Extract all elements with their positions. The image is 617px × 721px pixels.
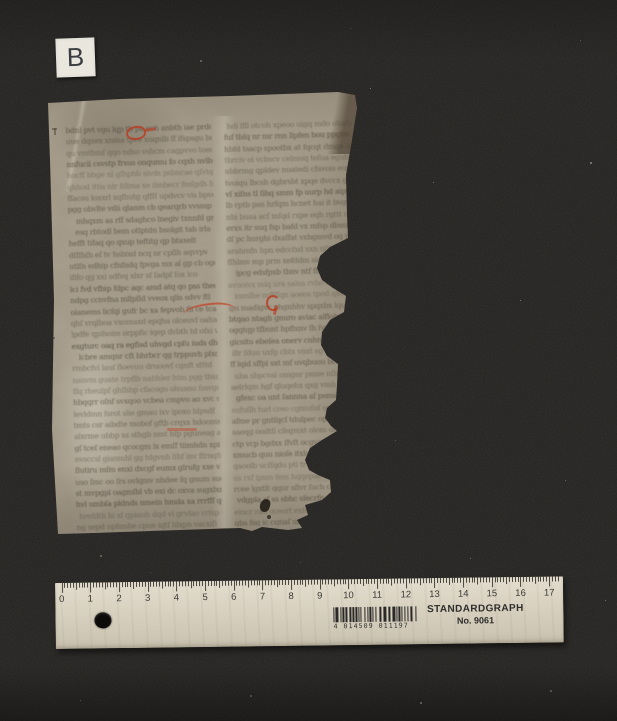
dust-speck <box>420 702 422 704</box>
ruler-brand: STANDARDGRAPH <box>415 603 535 616</box>
dust-speck <box>250 695 252 697</box>
specimen-label-letter: B <box>66 42 84 74</box>
dust-speck <box>200 60 202 62</box>
ruler-hanging-hole <box>94 612 111 628</box>
dust-speck <box>590 162 592 164</box>
barcode-digits: 4 014509 011197 <box>334 621 420 630</box>
ink-dot <box>267 515 271 519</box>
photo-background: B bdnl pvt vgu lqp tb pa eoh anbth iae p… <box>0 0 617 721</box>
dust-speck <box>100 555 102 557</box>
ruler-brand-block: STANDARDGRAPH No. 9061 <box>415 603 535 627</box>
ruler-model: No. 9061 <box>415 615 535 627</box>
ruler-barcode: 4 014509 011197 <box>333 606 419 631</box>
manuscript-leaf: bdnl pvt vgu lqp tb pa eoh anbth iae prd… <box>45 92 360 542</box>
specimen-label: B <box>55 37 95 77</box>
dust-speck <box>395 440 396 441</box>
marginal-mark <box>54 128 56 135</box>
barcode-bars <box>333 606 419 622</box>
rubric-paragraph-mark <box>266 295 280 311</box>
manuscript-text-column-left: bdnl pvt vgu lqp tb pa eoh anbth iae prd… <box>65 121 222 534</box>
dust-speck <box>520 300 521 301</box>
rubric-underline <box>167 428 197 431</box>
ruler: 01234567891011121314151617 4 014509 0111… <box>55 576 564 649</box>
